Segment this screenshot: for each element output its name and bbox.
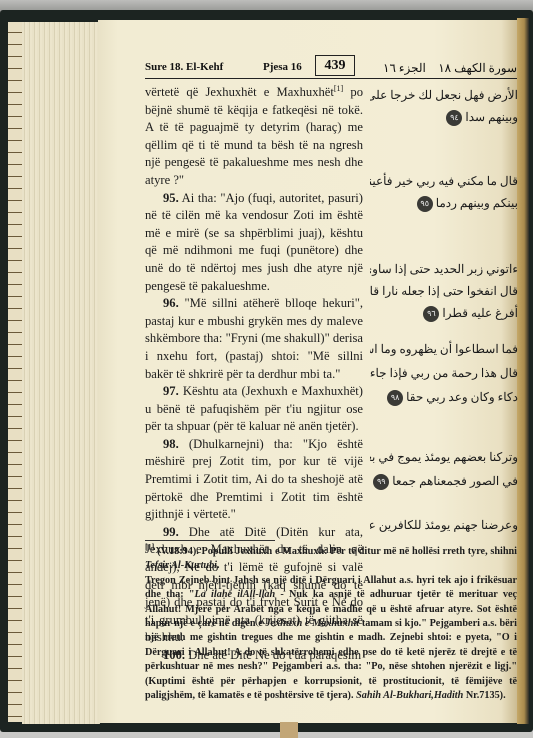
verse-number: 99. [163, 525, 179, 539]
verse-number: 98. [163, 437, 179, 451]
verse-paragraph: 98. (Dhulkarnejni) tha: "Kjo është mëshi… [145, 436, 363, 524]
verse-end-marker-icon: ٩٥ [417, 196, 433, 212]
footnote-body: Tregon Zejneb bint Jahsh se një ditë i D… [145, 574, 517, 704]
arabic-verse-line: دكاء وكان وعد ربي حقا ٩٨ [370, 386, 518, 408]
surah-title: Sure 18. El-Kehf [145, 61, 223, 73]
verse-number: 96. [163, 296, 179, 310]
arabic-verse-line: قال انفخوا حتى إذا جعله نارا قال ءاتوني [370, 280, 518, 302]
arabic-verse-line: ءاتوني زبر الحديد حتى إذا ساوى بين الصدف… [370, 258, 518, 280]
arabic-verse-line: الأرض فهل نجعل لك خرجا على أن تجعل بيننا [370, 84, 518, 106]
page-header: Sure 18. El-Kehf Pjesa 16 439 الجزء ١٦ س… [145, 58, 517, 79]
ribbon-bookmark[interactable] [280, 722, 298, 738]
verse-number: 97. [163, 384, 179, 398]
arabic-verse-line: وتركنا بعضهم يومئذ يموج في بعض ونفخ [370, 446, 518, 468]
part-label: Pjesa 16 [263, 61, 302, 73]
arabic-verse-line: فما اسطاعوا أن يظهروه وما استطاعوا له [370, 338, 518, 360]
arabic-verse-line: قال هذا رحمة من ربي فإذا جاء وعد ربي جعل… [370, 362, 518, 384]
page-stack [22, 22, 100, 724]
arabic-verse-line: أفرغ عليه قطرا ٩٦ [370, 302, 518, 324]
footnote: [1] (V.18:94). Populli Jexhuxh e Maxhuxh… [145, 545, 517, 703]
book-spine-stitching [8, 22, 23, 722]
footnote-reference: [1] (V.18:94). Populli Jexhuxh e Maxhuxh… [145, 545, 517, 574]
verse-number: 95. [163, 191, 179, 205]
arabic-verse-line: قال ما مكني فيه ربي خير فأعينوني بقوة أج… [370, 170, 518, 192]
verse-end-marker-icon: ٩٦ [423, 306, 439, 322]
arabic-verse-line: وبينهم سدا ٩٤ [370, 106, 518, 128]
verse-end-marker-icon: ٩٩ [373, 474, 389, 490]
arabic-verse-line: في الصور فجمعناهم جمعا ٩٩ [370, 470, 518, 492]
juz-arabic: الجزء ١٦ [383, 61, 426, 76]
verse-paragraph: 96. "Më sillni atëherë blloqe hekuri", p… [145, 295, 363, 383]
verse-paragraph: 97. Kështu ata (Jexhuxh e Maxhuxhët) u b… [145, 383, 363, 436]
verse-paragraph: 95. Ai tha: "Ajo (fuqi, autoritet, pasur… [145, 190, 363, 296]
verse-end-marker-icon: ٩٨ [387, 390, 403, 406]
arabic-verse-line: بينكم وبينهم ردما ٩٥ [370, 192, 518, 214]
page-gilt-edge [517, 18, 529, 724]
footnote-marker[interactable]: [1] [334, 84, 343, 93]
continued-paragraph: vërtetë që Jexhuxhët e Maxhuxhët[1] po b… [145, 84, 363, 190]
verse-end-marker-icon: ٩٤ [446, 110, 462, 126]
arabic-verse-line: وعرضنا جهنم يومئذ للكافرين عرضا ١٠٠ [370, 514, 518, 536]
footnote-divider [145, 540, 275, 541]
surah-arabic: سورة الكهف ١٨ [438, 61, 517, 76]
page-number: 439 [315, 55, 355, 76]
